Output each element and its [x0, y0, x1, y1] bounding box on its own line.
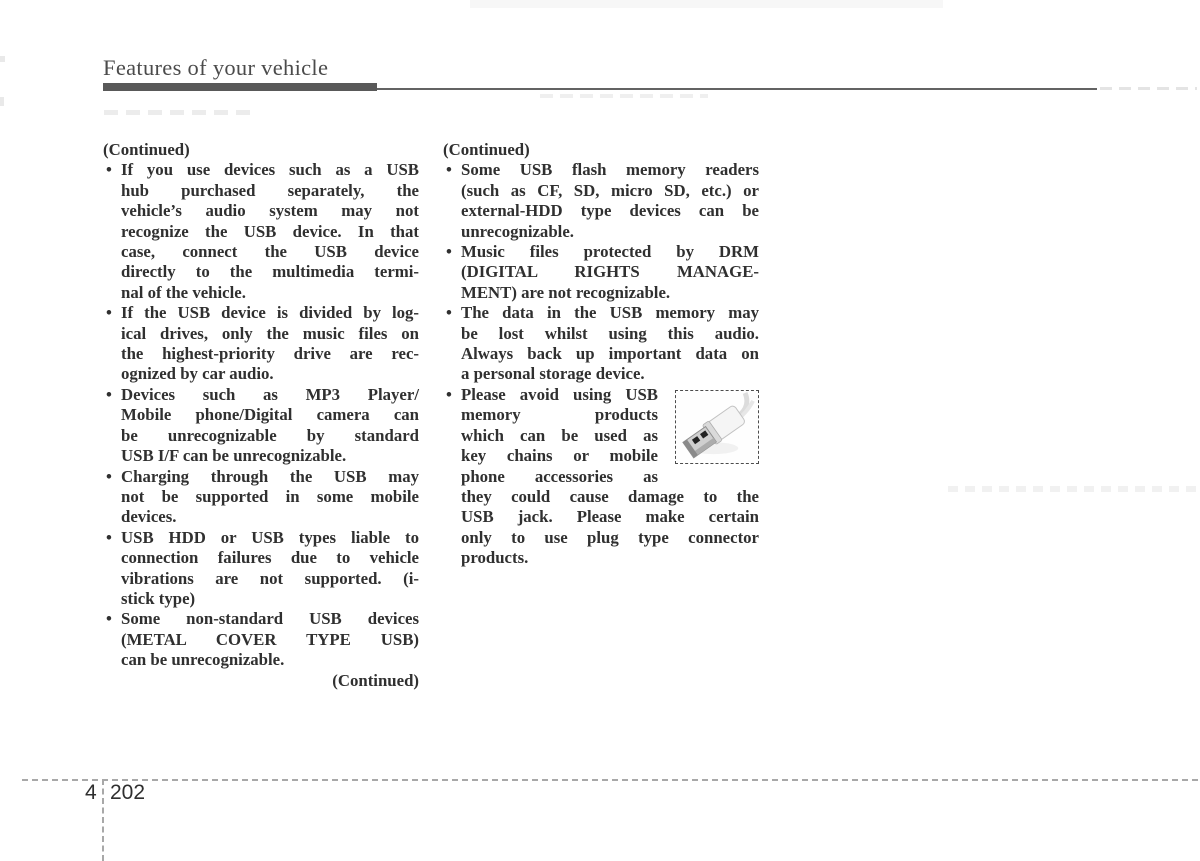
page-title: Features of your vehicle: [103, 55, 328, 81]
bullet-list-right: •Some USB flash memory readers(such as C…: [443, 160, 759, 568]
scan-artifact-ghost-dashes: [540, 94, 708, 98]
bullet-item: •USB HDD or USB types liable toconnectio…: [103, 528, 419, 610]
scan-artifact-edge-mark: [0, 97, 4, 106]
text-line: only to use plug type connector: [461, 528, 759, 548]
text-line: a personal storage device.: [461, 364, 759, 384]
text-line: connection failures due to vehicle: [121, 548, 419, 568]
scan-artifact-edge-mark: [0, 56, 5, 62]
text-line: Some USB flash memory readers: [461, 160, 759, 180]
bullet-marker: •: [106, 385, 112, 405]
text-line: (METAL COVER TYPE USB): [121, 630, 419, 650]
bullet-item: •Some non-standard USB devices(METAL COV…: [103, 609, 419, 670]
continued-label-top-left: (Continued): [103, 140, 419, 160]
scan-artifact-ghost-dashes: [104, 110, 254, 115]
text-line: they could cause damage to the: [461, 487, 759, 507]
scan-artifact-ghost-dashes: [948, 486, 1198, 492]
bullet-marker: •: [446, 303, 452, 323]
bullet-marker: •: [106, 303, 112, 323]
text-line: be lost whilst using this audio.: [461, 324, 759, 344]
bullet-marker: •: [106, 160, 112, 180]
text-line: recognize the USB device. In that: [121, 222, 419, 242]
text-line: Devices such as MP3 Player/: [121, 385, 419, 405]
text-line: directly to the multimedia termi-: [121, 262, 419, 282]
text-line: be unrecognizable by standard: [121, 426, 419, 446]
text-line: Mobile phone/Digital camera can: [121, 405, 419, 425]
text-line: (DIGITAL RIGHTS MANAGE-: [461, 262, 759, 282]
text-line: vehicle’s audio system may not: [121, 201, 419, 221]
text-line: the highest-priority drive are rec-: [121, 344, 419, 364]
text-line: Some non-standard USB devices: [121, 609, 419, 629]
text-line: stick type): [121, 589, 419, 609]
header-rule-thick: [103, 83, 377, 91]
text-line: MENT) are not recognizable.: [461, 283, 759, 303]
bullet-item: •Please avoid using USBmemory productswh…: [443, 385, 759, 569]
bullet-marker: •: [106, 528, 112, 548]
text-line: If you use devices such as a USB: [121, 160, 419, 180]
text-line: Please avoid using USB: [461, 385, 658, 405]
bullet-marker: •: [446, 160, 452, 180]
text-line: which can be used as: [461, 426, 658, 446]
continued-label-bottom-left: (Continued): [103, 671, 419, 691]
text-line: ical drives, only the music files on: [121, 324, 419, 344]
text-line: Always back up important data on: [461, 344, 759, 364]
bullet-marker: •: [446, 385, 452, 405]
text-line: hub purchased separately, the: [121, 181, 419, 201]
text-line: USB jack. Please make certain: [461, 507, 759, 527]
text-line: external-HDD type devices can be: [461, 201, 759, 221]
bullet-item: •If you use devices such as a USBhub pur…: [103, 160, 419, 303]
bullet-item: •The data in the USB memory maybe lost w…: [443, 303, 759, 385]
text-line: Music files protected by DRM: [461, 242, 759, 262]
bullet-item: •Devices such as MP3 Player/Mobile phone…: [103, 385, 419, 467]
bullet-item: •Charging through the USB maynot be supp…: [103, 467, 419, 528]
footer-chapter-number: 4: [85, 781, 97, 805]
text-line: ognized by car audio.: [121, 364, 419, 384]
usb-plug-illustration: [676, 391, 758, 463]
bullet-item: •If the USB device is divided by log-ica…: [103, 303, 419, 385]
text-line: If the USB device is divided by log-: [121, 303, 419, 323]
text-line: USB I/F can be unrecognizable.: [121, 446, 419, 466]
text-line: devices.: [121, 507, 419, 527]
scan-artifact-ghost-dashes: [1100, 87, 1197, 90]
text-line: products.: [461, 548, 759, 568]
text-line: (such as CF, SD, micro SD, etc.) or: [461, 181, 759, 201]
bullet-item: •Music files protected by DRM(DIGITAL RI…: [443, 242, 759, 303]
text-line: nal of the vehicle.: [121, 283, 419, 303]
column-right: (Continued) •Some USB flash memory reade…: [443, 140, 759, 569]
text-line: The data in the USB memory may: [461, 303, 759, 323]
text-line: USB HDD or USB types liable to: [121, 528, 419, 548]
text-line: Charging through the USB may: [121, 467, 419, 487]
bullet-marker: •: [106, 467, 112, 487]
bullet-marker: •: [106, 609, 112, 629]
column-left: (Continued) •If you use devices such as …: [103, 140, 419, 691]
text-line: not be supported in some mobile: [121, 487, 419, 507]
bullet-item: •Some USB flash memory readers(such as C…: [443, 160, 759, 242]
usb-plug-photo: [675, 390, 759, 464]
continued-label-top-right: (Continued): [443, 140, 759, 160]
scan-artifact-top-strip: [470, 0, 943, 8]
text-line: key chains or mobile: [461, 446, 658, 466]
footer-divider-vertical: [102, 779, 104, 861]
bullet-marker: •: [446, 242, 452, 262]
text-line: phone accessories as: [461, 467, 658, 487]
footer-divider-horizontal: [22, 779, 1198, 781]
text-line: vibrations are not supported. (i-: [121, 569, 419, 589]
footer-page-number: 202: [110, 781, 145, 805]
text-line: memory products: [461, 405, 658, 425]
bullet-list-left: •If you use devices such as a USBhub pur…: [103, 160, 419, 670]
manual-page: Features of your vehicle (Continued) •If…: [0, 0, 1200, 861]
text-line: can be unrecognizable.: [121, 650, 419, 670]
text-line: unrecognizable.: [461, 222, 759, 242]
text-line: case, connect the USB device: [121, 242, 419, 262]
